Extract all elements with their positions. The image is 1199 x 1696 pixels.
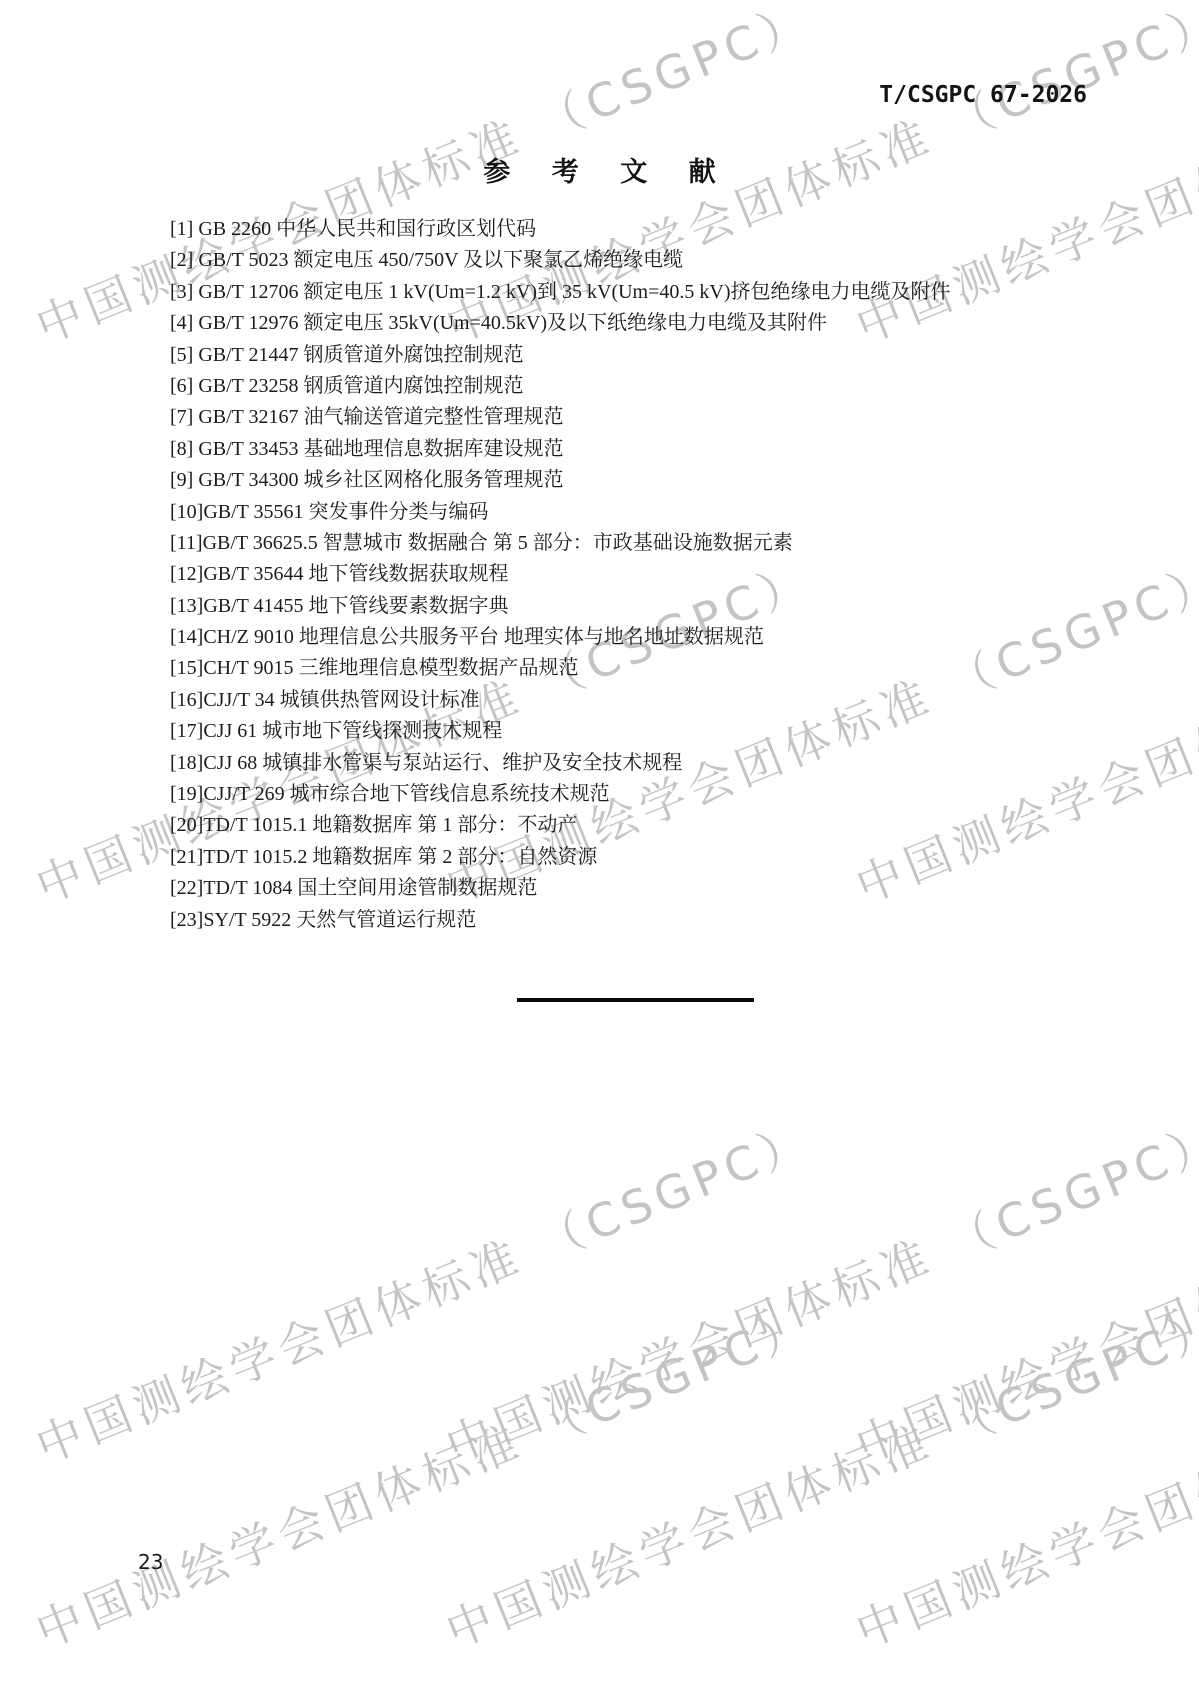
reference-item: [10]GB/T 35561 突发事件分类与编码	[170, 497, 1159, 528]
page-title: 参 考 文 献	[0, 150, 1199, 189]
reference-list: [1] GB 2260 中华人民共和国行政区划代码 [2] GB/T 5023 …	[170, 214, 1159, 936]
reference-item: [17]CJJ 61 城市地下管线探测技术规程	[170, 716, 1159, 747]
document-code: T/CSGPC 67-2026	[879, 82, 1087, 108]
document-page: 中国测绘学会团体标准 （CSGPC） 中国测绘学会团体标准 （CSGPC） 中国…	[0, 0, 1199, 1696]
reference-item: [13]GB/T 41455 地下管线要素数据字典	[170, 591, 1159, 622]
reference-item: [2] GB/T 5023 额定电压 450/750V 及以下聚氯乙烯绝缘电缆	[170, 245, 1159, 276]
reference-item: [7] GB/T 32167 油气输送管道完整性管理规范	[170, 402, 1159, 433]
reference-item: [22]TD/T 1084 国土空间用途管制数据规范	[170, 873, 1159, 904]
reference-item: [16]CJJ/T 34 城镇供热管网设计标准	[170, 685, 1159, 716]
reference-item: [11]GB/T 36625.5 智慧城市 数据融合 第 5 部分：市政基础设施…	[170, 528, 1159, 559]
reference-item: [4] GB/T 12976 额定电压 35kV(Um=40.5kV)及以下纸绝…	[170, 308, 1159, 339]
watermark-text: 中国测绘学会团体标准 （CSGPC）	[25, 1104, 821, 1477]
reference-item: [18]CJJ 68 城镇排水管渠与泵站运行、维护及安全技术规程	[170, 748, 1159, 779]
reference-item: [14]CH/Z 9010 地理信息公共服务平台 地理实体与地名地址数据规范	[170, 622, 1159, 653]
reference-item: [9] GB/T 34300 城乡社区网格化服务管理规范	[170, 465, 1159, 496]
reference-item: [23]SY/T 5922 天然气管道运行规范	[170, 905, 1159, 936]
reference-item: [5] GB/T 21447 钢质管道外腐蚀控制规范	[170, 340, 1159, 371]
reference-item: [19]CJJ/T 269 城市综合地下管线信息系统技术规范	[170, 779, 1159, 810]
reference-item: [8] GB/T 33453 基础地理信息数据库建设规范	[170, 434, 1159, 465]
reference-item: [3] GB/T 12706 额定电压 1 kV(Um=1.2 kV)到 35 …	[170, 277, 1159, 308]
reference-item: [1] GB 2260 中华人民共和国行政区划代码	[170, 214, 1159, 245]
reference-item: [12]GB/T 35644 地下管线数据获取规程	[170, 559, 1159, 590]
end-of-document-rule	[517, 998, 754, 1002]
page-number: 23	[138, 1550, 163, 1574]
reference-item: [21]TD/T 1015.2 地籍数据库 第 2 部分：自然资源	[170, 842, 1159, 873]
watermark-text: 中国测绘学会团体标准 （CSGPC）	[25, 1289, 821, 1662]
reference-item: [6] GB/T 23258 钢质管道内腐蚀控制规范	[170, 371, 1159, 402]
reference-item: [20]TD/T 1015.1 地籍数据库 第 1 部分：不动产	[170, 810, 1159, 841]
reference-item: [15]CH/T 9015 三维地理信息模型数据产品规范	[170, 653, 1159, 684]
